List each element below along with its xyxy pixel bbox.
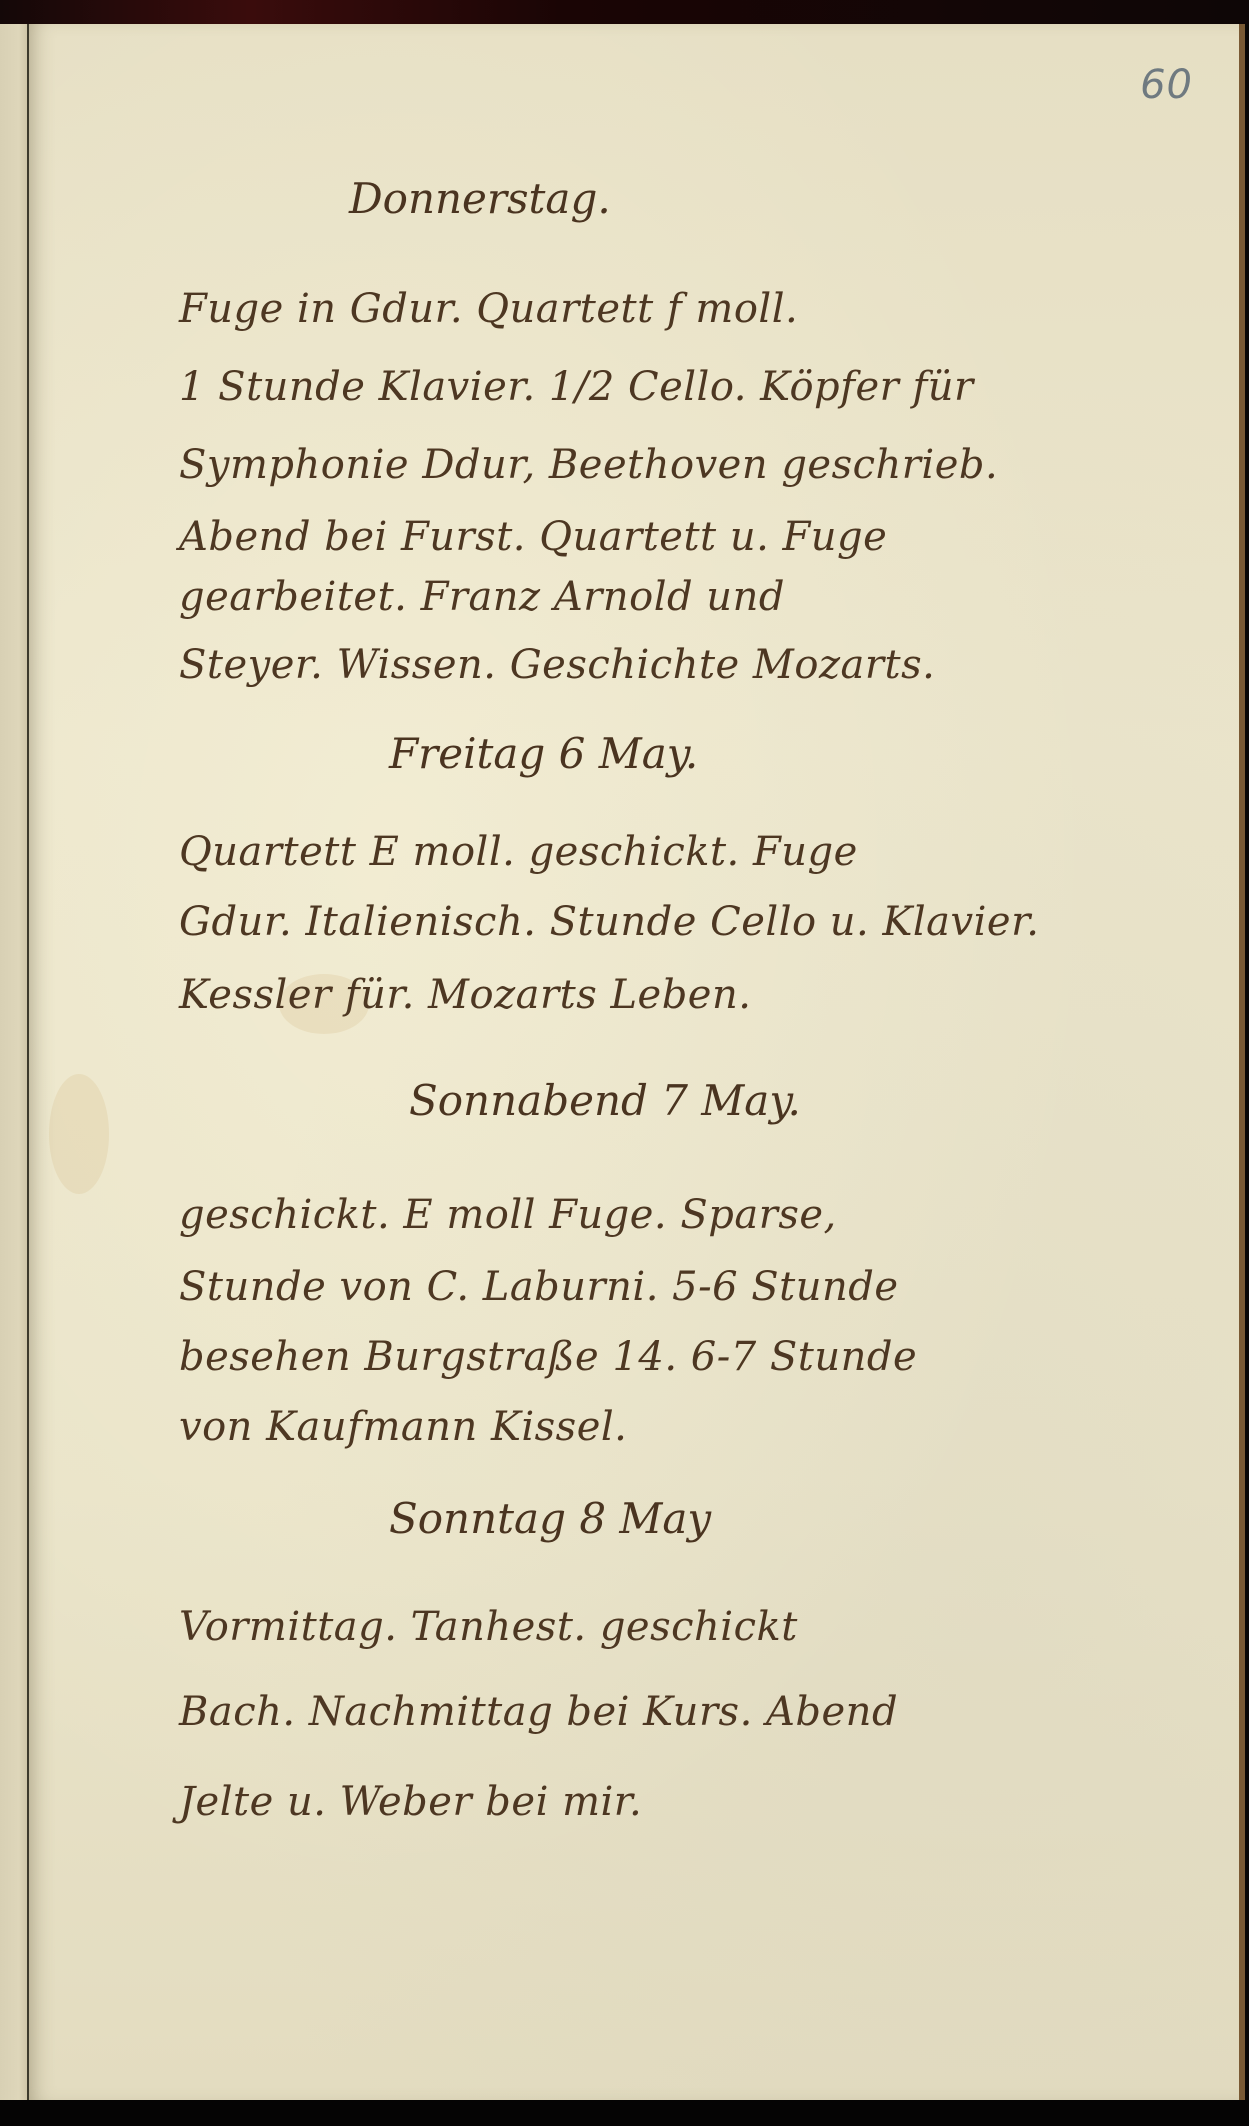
entry-line: Steyer. Wissen. Geschichte Mozarts. <box>179 642 935 688</box>
entry-line: Stunde von C. Laburni. 5-6 Stunde <box>179 1264 899 1310</box>
entry-line: Jelte u. Weber bei mir. <box>179 1779 642 1825</box>
paper-stain <box>49 1074 109 1194</box>
entry-line: Fuge in Gdur. Quartett f moll. <box>179 286 798 332</box>
entry-line: Symphonie Ddur, Beethoven geschrieb. <box>179 442 998 488</box>
entry-heading-saturday: Sonnabend 7 May. <box>409 1076 801 1125</box>
folio-number: 60 <box>1140 62 1193 108</box>
entry-line: Bach. Nachmittag bei Kurs. Abend <box>179 1689 898 1735</box>
manuscript-page: 60 Donnerstag. Fuge in Gdur. Quartett f … <box>29 24 1245 2100</box>
entry-line: Vormittag. Tanhest. geschickt <box>179 1604 798 1650</box>
entry-heading-friday: Freitag 6 May. <box>389 729 698 778</box>
entry-line: 1 Stunde Klavier. 1/2 Cello. Köpfer für <box>179 364 974 410</box>
entry-line: Quartett E moll. geschickt. Fuge <box>179 829 858 875</box>
entry-line: von Kaufmann Kissel. <box>179 1404 627 1450</box>
entry-heading-thursday: Donnerstag. <box>349 174 611 223</box>
entry-heading-sunday: Sonntag 8 May <box>389 1494 711 1543</box>
scan-top-border <box>0 0 1249 24</box>
scan-bottom-border <box>0 2100 1249 2126</box>
entry-line: gearbeitet. Franz Arnold und <box>179 574 785 620</box>
entry-line: geschickt. E moll Fuge. Sparse, <box>179 1192 837 1238</box>
entry-line: Abend bei Furst. Quartett u. Fuge <box>179 514 887 560</box>
previous-page-edge <box>0 24 29 2100</box>
entry-line: Kessler für. Mozarts Leben. <box>179 972 751 1018</box>
entry-line: besehen Burgstraße 14. 6-7 Stunde <box>179 1334 917 1380</box>
entry-line: Gdur. Italienisch. Stunde Cello u. Klavi… <box>179 899 1040 945</box>
